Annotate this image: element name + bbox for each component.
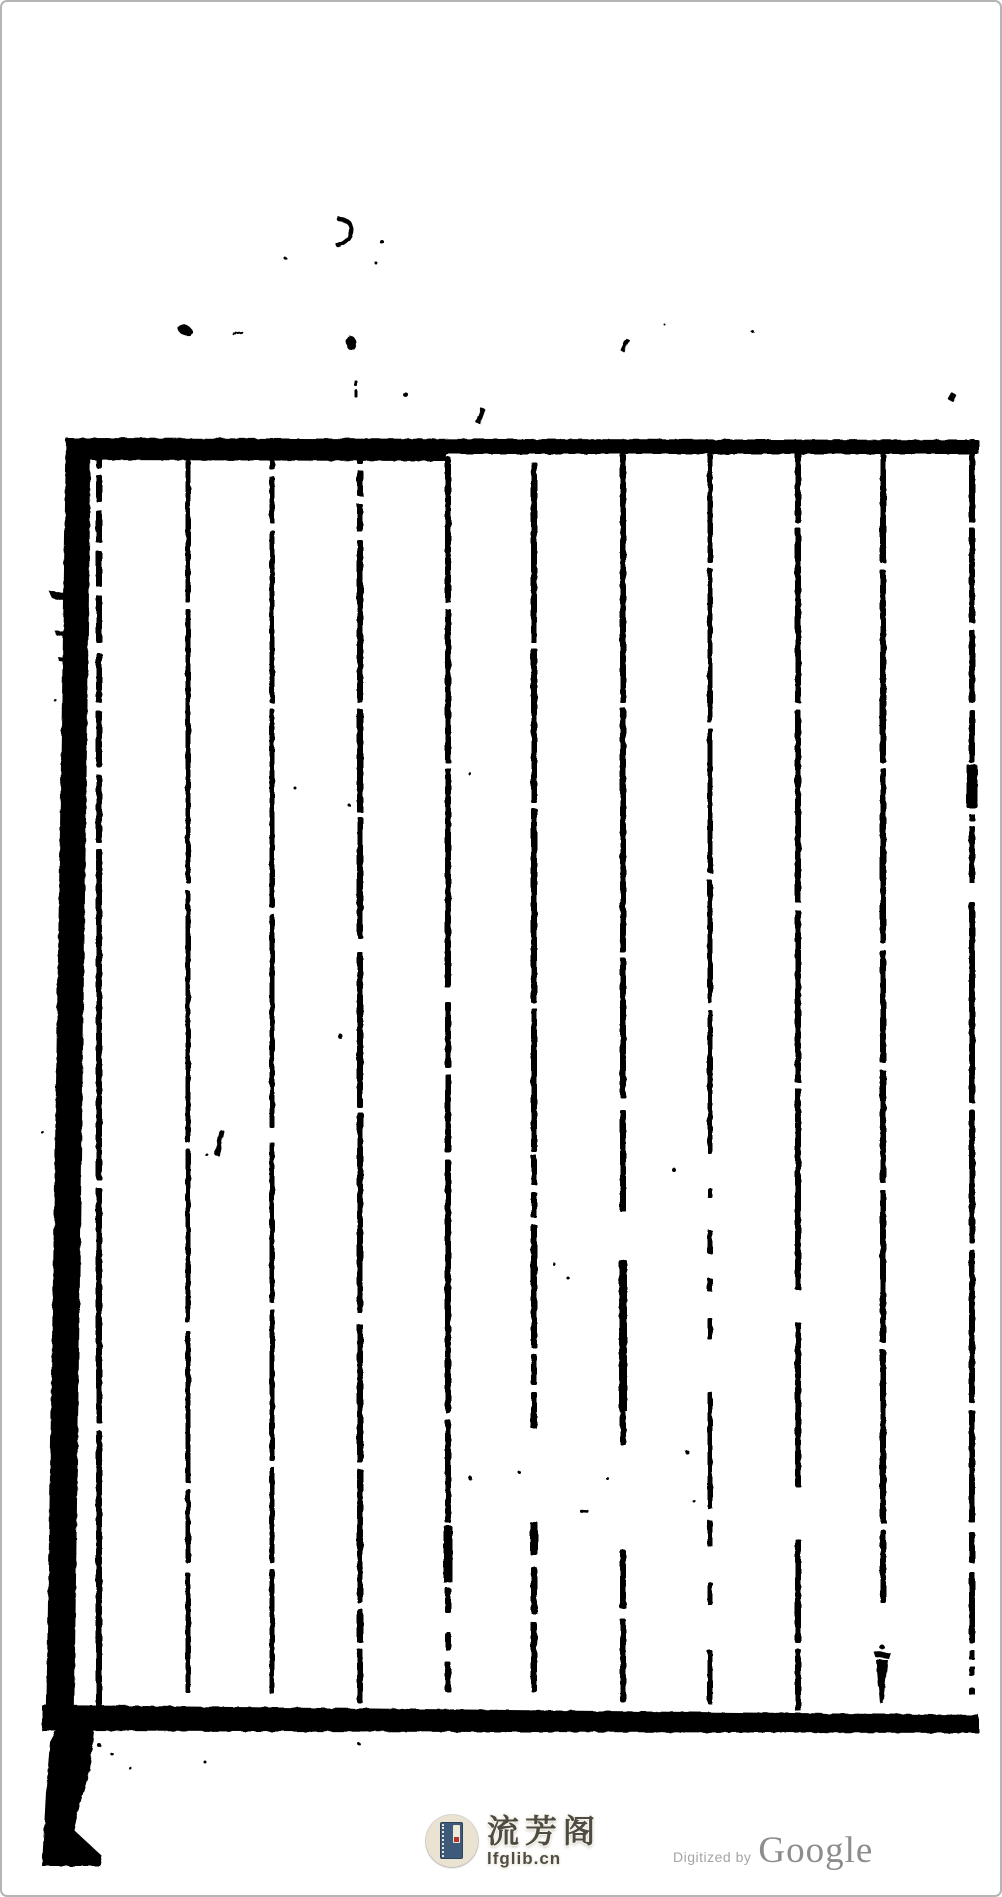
ink-speck — [358, 1743, 361, 1746]
column-rule-segment — [270, 454, 275, 470]
column-rule-segment — [445, 768, 451, 988]
column-rule-segment — [969, 826, 975, 883]
column-rule-segment — [531, 1008, 537, 1152]
column-rule-segment — [880, 1190, 886, 1343]
column-rule-segment — [619, 1260, 627, 1412]
column-rule-segment — [708, 728, 713, 873]
column-rule-segment — [708, 1650, 713, 1704]
ink-speck — [205, 1153, 208, 1156]
column-rule-segment — [795, 1649, 801, 1711]
column-rule-segment — [795, 710, 801, 903]
column-rule-segment — [708, 1278, 713, 1292]
ink-speck — [284, 257, 287, 260]
column-rule-segment — [620, 1110, 626, 1212]
column-rule-segment — [270, 1569, 275, 1694]
ink-speck — [348, 804, 351, 807]
column-rule-segment — [708, 1318, 713, 1340]
column-rule-segment — [795, 1539, 801, 1643]
column-rule-segment — [357, 952, 363, 1108]
column-rule-segment — [357, 470, 363, 496]
column-rule-segment — [708, 1230, 713, 1254]
column-rule-segment — [186, 1149, 191, 1323]
ink-speck — [518, 1471, 521, 1474]
column-rule-segment — [445, 457, 451, 603]
column-rule-segment — [880, 570, 886, 763]
column-rule-segment — [96, 595, 102, 643]
column-rule-segment — [795, 910, 801, 1083]
column-rule-segment — [531, 808, 537, 1003]
ink-speck — [204, 1761, 207, 1764]
column-rule-segment — [708, 1188, 713, 1198]
column-rule-segment — [531, 648, 537, 803]
column-rule-segment — [969, 902, 975, 1103]
column-rule-segment — [531, 1622, 537, 1692]
ink-speck — [664, 324, 666, 326]
google-watermark: Digitized by Google — [673, 1829, 873, 1872]
column-rule-segment — [445, 1002, 451, 1068]
ink-speck — [751, 330, 754, 333]
column-rule-segment — [531, 462, 537, 643]
ink-dash — [475, 408, 485, 425]
column-rule-segment — [708, 454, 713, 563]
digitized-by-label: Digitized by — [673, 1849, 751, 1865]
column-rule-segment — [969, 1250, 975, 1403]
column-rule-segment — [708, 880, 713, 1003]
column-rule-segment — [531, 1567, 537, 1614]
column-rule-segment — [969, 1110, 975, 1243]
column-rule-segment — [445, 1588, 451, 1613]
column-rule-segment — [708, 1010, 713, 1154]
lfglib-domain: lfglib.cn — [487, 1850, 601, 1867]
column-rule-segment — [969, 630, 975, 703]
column-rule-segment — [445, 1420, 451, 1523]
ink-dash — [620, 338, 630, 352]
column-rule-segment — [969, 1572, 975, 1643]
column-rule-segment — [270, 709, 275, 908]
column-rule-segment — [357, 504, 363, 532]
column-rule-segment — [96, 551, 102, 587]
column-rule-segment — [530, 1522, 538, 1555]
column-rule-segment — [186, 891, 191, 1143]
lfglib-watermark-text: 流芳阁 lfglib.cn — [487, 1815, 601, 1867]
ink-dash — [354, 380, 357, 386]
ink-speck — [375, 262, 378, 265]
ink-blob — [176, 322, 195, 338]
ink-speck — [294, 787, 297, 790]
frame-left-border — [46, 439, 91, 1731]
column-rule-segment — [96, 711, 102, 767]
scanned-page: 流芳阁 lfglib.cn Digitized by Google — [0, 0, 1002, 1897]
column-rule-segment — [357, 442, 363, 464]
column-rule-segment — [969, 1410, 975, 1523]
column-rule-segment — [186, 460, 191, 603]
column-rule-segment — [96, 454, 102, 468]
column-rule-segment — [96, 653, 102, 703]
column-rule-segment — [186, 1331, 191, 1483]
column-rule-segment — [270, 476, 275, 523]
column-rule-segment — [708, 1392, 713, 1509]
column-rule-segment — [96, 510, 102, 543]
ink-layer — [41, 219, 980, 1866]
lfglib-title: 流芳阁 — [487, 1815, 601, 1847]
column-rule-segment — [186, 609, 191, 883]
book-cover — [440, 1822, 463, 1859]
column-rule-segment — [967, 765, 978, 808]
woodblock-print-plate — [2, 2, 1002, 1897]
column-rule-segment — [270, 1467, 275, 1563]
column-rule-segment — [969, 814, 975, 821]
column-rule-segment — [708, 568, 713, 723]
column-rule-segment — [96, 1188, 102, 1423]
ink-blob — [346, 336, 356, 350]
column-rule-segment — [531, 1155, 537, 1185]
column-rule-segment — [795, 1088, 801, 1290]
column-rule-segment — [186, 1489, 191, 1563]
column-rule-segment — [969, 439, 975, 523]
column-rule-segment — [270, 914, 275, 1128]
ink-speck — [83, 1740, 88, 1745]
column-rule-segment — [620, 708, 626, 953]
column-rule-segment — [445, 609, 451, 763]
column-rule-segment — [880, 1530, 886, 1603]
column-rule-segment — [96, 475, 102, 502]
column-rule-segment — [531, 1392, 537, 1429]
column-rule-segment — [357, 817, 363, 938]
frame-top-border — [66, 438, 979, 461]
column-rule-segment — [357, 1112, 363, 1313]
column-rule-segment — [531, 1354, 537, 1385]
ink-speck — [404, 393, 409, 398]
column-rule-segment — [969, 1688, 975, 1695]
column-rule-segment — [880, 1350, 886, 1523]
column-rule-segment — [795, 447, 801, 523]
ink-speck — [607, 1478, 610, 1481]
ink-speck — [41, 1131, 44, 1134]
ink-dash — [232, 331, 243, 335]
column-rule-segment — [445, 1632, 451, 1650]
ink-speck — [338, 1034, 343, 1039]
column-rule-segment — [357, 1609, 363, 1643]
ink-speck — [97, 1743, 101, 1747]
column-rule-segment — [620, 1550, 626, 1609]
book-icon — [426, 1815, 478, 1867]
column-rule-segment — [357, 1324, 363, 1463]
ink-speck — [111, 1753, 114, 1756]
column-rule-segment — [620, 454, 626, 703]
ink-speck — [129, 1767, 132, 1770]
book-spine-stitching — [442, 1824, 444, 1857]
book-title-label — [453, 1825, 460, 1843]
ink-speck — [54, 699, 57, 702]
column-rule-segment — [531, 1192, 537, 1218]
ink-dash — [580, 1510, 589, 1514]
column-rule-segment — [620, 1619, 626, 1702]
column-rule-segment — [357, 1649, 363, 1703]
ink-speck — [61, 1735, 67, 1741]
ink-speck — [567, 1277, 570, 1280]
ink-speck — [469, 773, 472, 776]
ink-dash — [354, 389, 357, 397]
ink-speck — [685, 1450, 689, 1454]
column-rule-segment — [186, 1573, 191, 1693]
column-rule-segment — [270, 1309, 275, 1461]
column-rule-segment — [620, 958, 626, 1098]
arrowhead-mark — [876, 1660, 888, 1703]
ink-speck — [553, 1263, 556, 1266]
column-rule-segment — [531, 1224, 537, 1348]
ink-dash — [947, 392, 956, 402]
ink-speck — [380, 240, 384, 244]
crescent-mark — [338, 219, 351, 245]
ink-speck — [70, 1748, 74, 1752]
column-rule-segment — [969, 710, 975, 763]
ink-speck — [693, 1500, 696, 1503]
column-rule-segment — [795, 1322, 801, 1487]
column-rule-segment — [444, 1526, 453, 1583]
column-rule-segment — [708, 1582, 713, 1605]
column-rule-segment — [270, 1142, 275, 1303]
column-rule-segment — [357, 709, 363, 813]
column-rule-segment — [620, 1412, 626, 1445]
column-rule-segment — [969, 1532, 975, 1563]
lfglib-watermark: 流芳阁 lfglib.cn — [426, 1815, 601, 1867]
column-rule-segment — [880, 768, 886, 943]
ink-dash — [214, 1130, 224, 1156]
arrowhead-mark — [873, 1651, 891, 1659]
column-rule-segment — [969, 1666, 975, 1676]
column-rule-segment — [445, 1662, 451, 1692]
column-rule-segment — [96, 849, 102, 1180]
frame-bottom-border — [42, 1705, 979, 1733]
column-rule-segment — [445, 1074, 451, 1153]
column-rule-segment — [969, 528, 975, 623]
column-rule-segment — [96, 775, 102, 843]
column-rule-segment — [270, 530, 275, 703]
column-rule-segment — [708, 1520, 713, 1547]
column-rule-segment — [96, 1431, 102, 1708]
column-rule-segment — [880, 950, 886, 1063]
column-rule-segment — [969, 1650, 975, 1660]
column-rule-segment — [880, 1070, 886, 1183]
book-red-seal — [454, 1837, 459, 1842]
ink-speck — [880, 1645, 885, 1650]
column-rule-segment — [795, 528, 801, 703]
column-rule-segment — [357, 1469, 363, 1603]
column-rule-segment — [357, 540, 363, 703]
column-rule-segment — [445, 1160, 451, 1413]
ink-speck — [468, 1476, 472, 1480]
column-rule-segment — [880, 454, 886, 563]
google-logo-text: Google — [758, 1829, 873, 1872]
ink-speck — [672, 1168, 676, 1172]
